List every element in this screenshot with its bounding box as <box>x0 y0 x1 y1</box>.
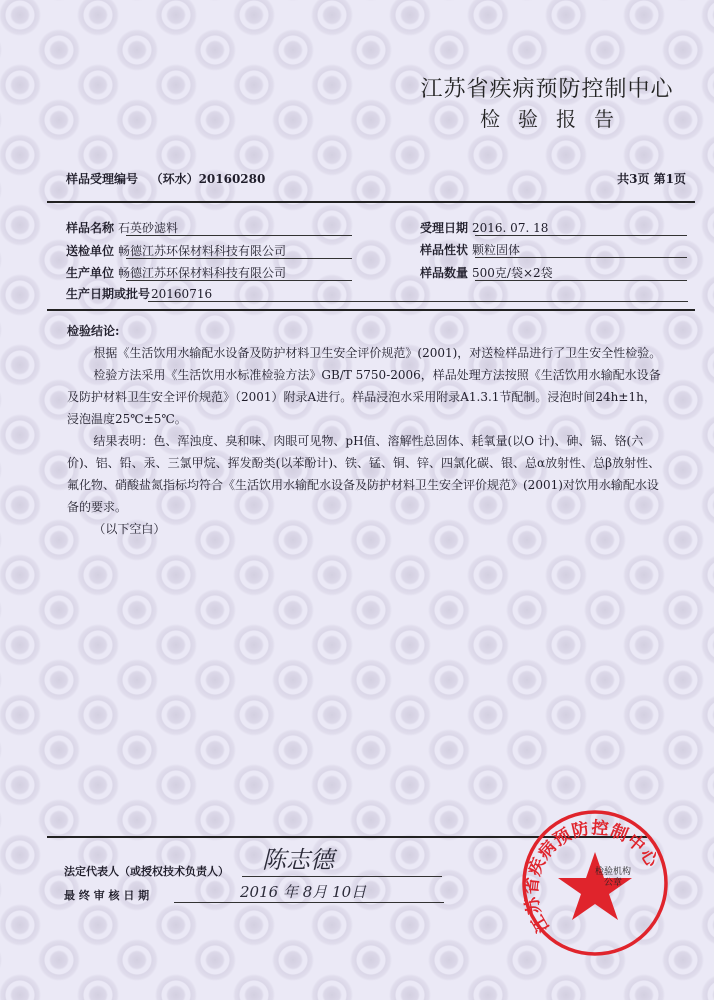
review-label: 最 终 审 核 日 期 <box>64 887 149 903</box>
field-label: 受理日期 <box>420 219 468 236</box>
record-value: （环水）20160280 <box>151 172 266 186</box>
conclusion-paragraph: 结果表明：色、浑浊度、臭和味、肉眼可见物、pH值、溶解性总固体、耗氧量(以O 计… <box>67 430 667 518</box>
conclusion-heading: 检验结论: <box>67 320 667 342</box>
underline <box>126 235 352 236</box>
report-header: 江苏省疾病预防控制中心 检验报告 <box>380 76 714 132</box>
field-label: 样品数量 <box>420 264 468 281</box>
field-value: 20160716 <box>151 287 212 301</box>
field-sample-quantity: 样品数量500克/袋×2袋 <box>420 264 553 281</box>
page-count: 共3页 第1页 <box>617 170 686 187</box>
field-value: 2016. 07. 18 <box>472 221 548 235</box>
field-label: 生产单位 <box>66 264 114 281</box>
underline <box>242 876 442 877</box>
underline <box>475 280 687 281</box>
review-date: 2016 年 8月 10日 <box>240 881 366 902</box>
field-submitter: 送检单位畅德江苏环保材料科技有限公司 <box>66 242 286 259</box>
organization-name: 江苏省疾病预防控制中心 <box>380 76 714 104</box>
field-value: 500克/袋×2袋 <box>472 264 553 281</box>
field-label: 生产日期或批号 <box>66 285 150 302</box>
field-value: 石英砂滤料 <box>118 219 178 236</box>
underline <box>126 258 352 259</box>
seal-center-line-2: 公章 <box>583 878 643 889</box>
field-label: 样品性状 <box>420 241 468 258</box>
report-title: 检验报告 <box>380 106 714 132</box>
record-label: 样品受理编号 <box>66 172 138 186</box>
field-batch: 生产日期或批号20160716 <box>66 285 212 302</box>
field-received-date: 受理日期2016. 07. 18 <box>420 219 548 236</box>
field-value: 颗粒固体 <box>472 241 520 258</box>
rep-label: 法定代表人（或授权技术负责人） <box>64 863 229 879</box>
divider-top <box>47 201 695 203</box>
record-number: 样品受理编号 （环水）20160280 <box>66 170 265 187</box>
conclusion-section: 检验结论: 根据《生活饮用水输配水设备及防护材料卫生安全评价规范》(2001)，… <box>67 320 667 540</box>
report-page: 江苏省疾病预防控制中心 检验报告 样品受理编号 （环水）20160280 共3页… <box>0 0 714 1000</box>
field-value: 畅德江苏环保材料科技有限公司 <box>118 264 286 281</box>
underline <box>174 902 444 903</box>
underline <box>148 301 688 302</box>
underline <box>475 257 687 258</box>
field-label: 样品名称 <box>66 219 114 236</box>
blank-note: （以下空白） <box>93 518 667 540</box>
seal-center-text: 检验机构 公章 <box>583 867 643 889</box>
seal-center-line-1: 检验机构 <box>583 867 643 878</box>
field-label: 送检单位 <box>66 242 114 259</box>
field-manufacturer: 生产单位畅德江苏环保材料科技有限公司 <box>66 264 286 281</box>
underline <box>126 280 352 281</box>
field-sample-state: 样品性状颗粒固体 <box>420 241 520 258</box>
rep-signature: 陈志德 <box>262 840 334 875</box>
underline <box>475 235 687 236</box>
divider-fields <box>47 309 695 311</box>
conclusion-paragraph: 根据《生活饮用水输配水设备及防护材料卫生安全评价规范》(2001)，对送检样品进… <box>67 342 667 364</box>
field-value: 畅德江苏环保材料科技有限公司 <box>118 242 286 259</box>
field-sample-name: 样品名称石英砂滤料 <box>66 219 178 236</box>
conclusion-paragraph: 检验方法采用《生活饮用水标准检验方法》GB/T 5750-2006，样品处理方法… <box>67 364 667 430</box>
